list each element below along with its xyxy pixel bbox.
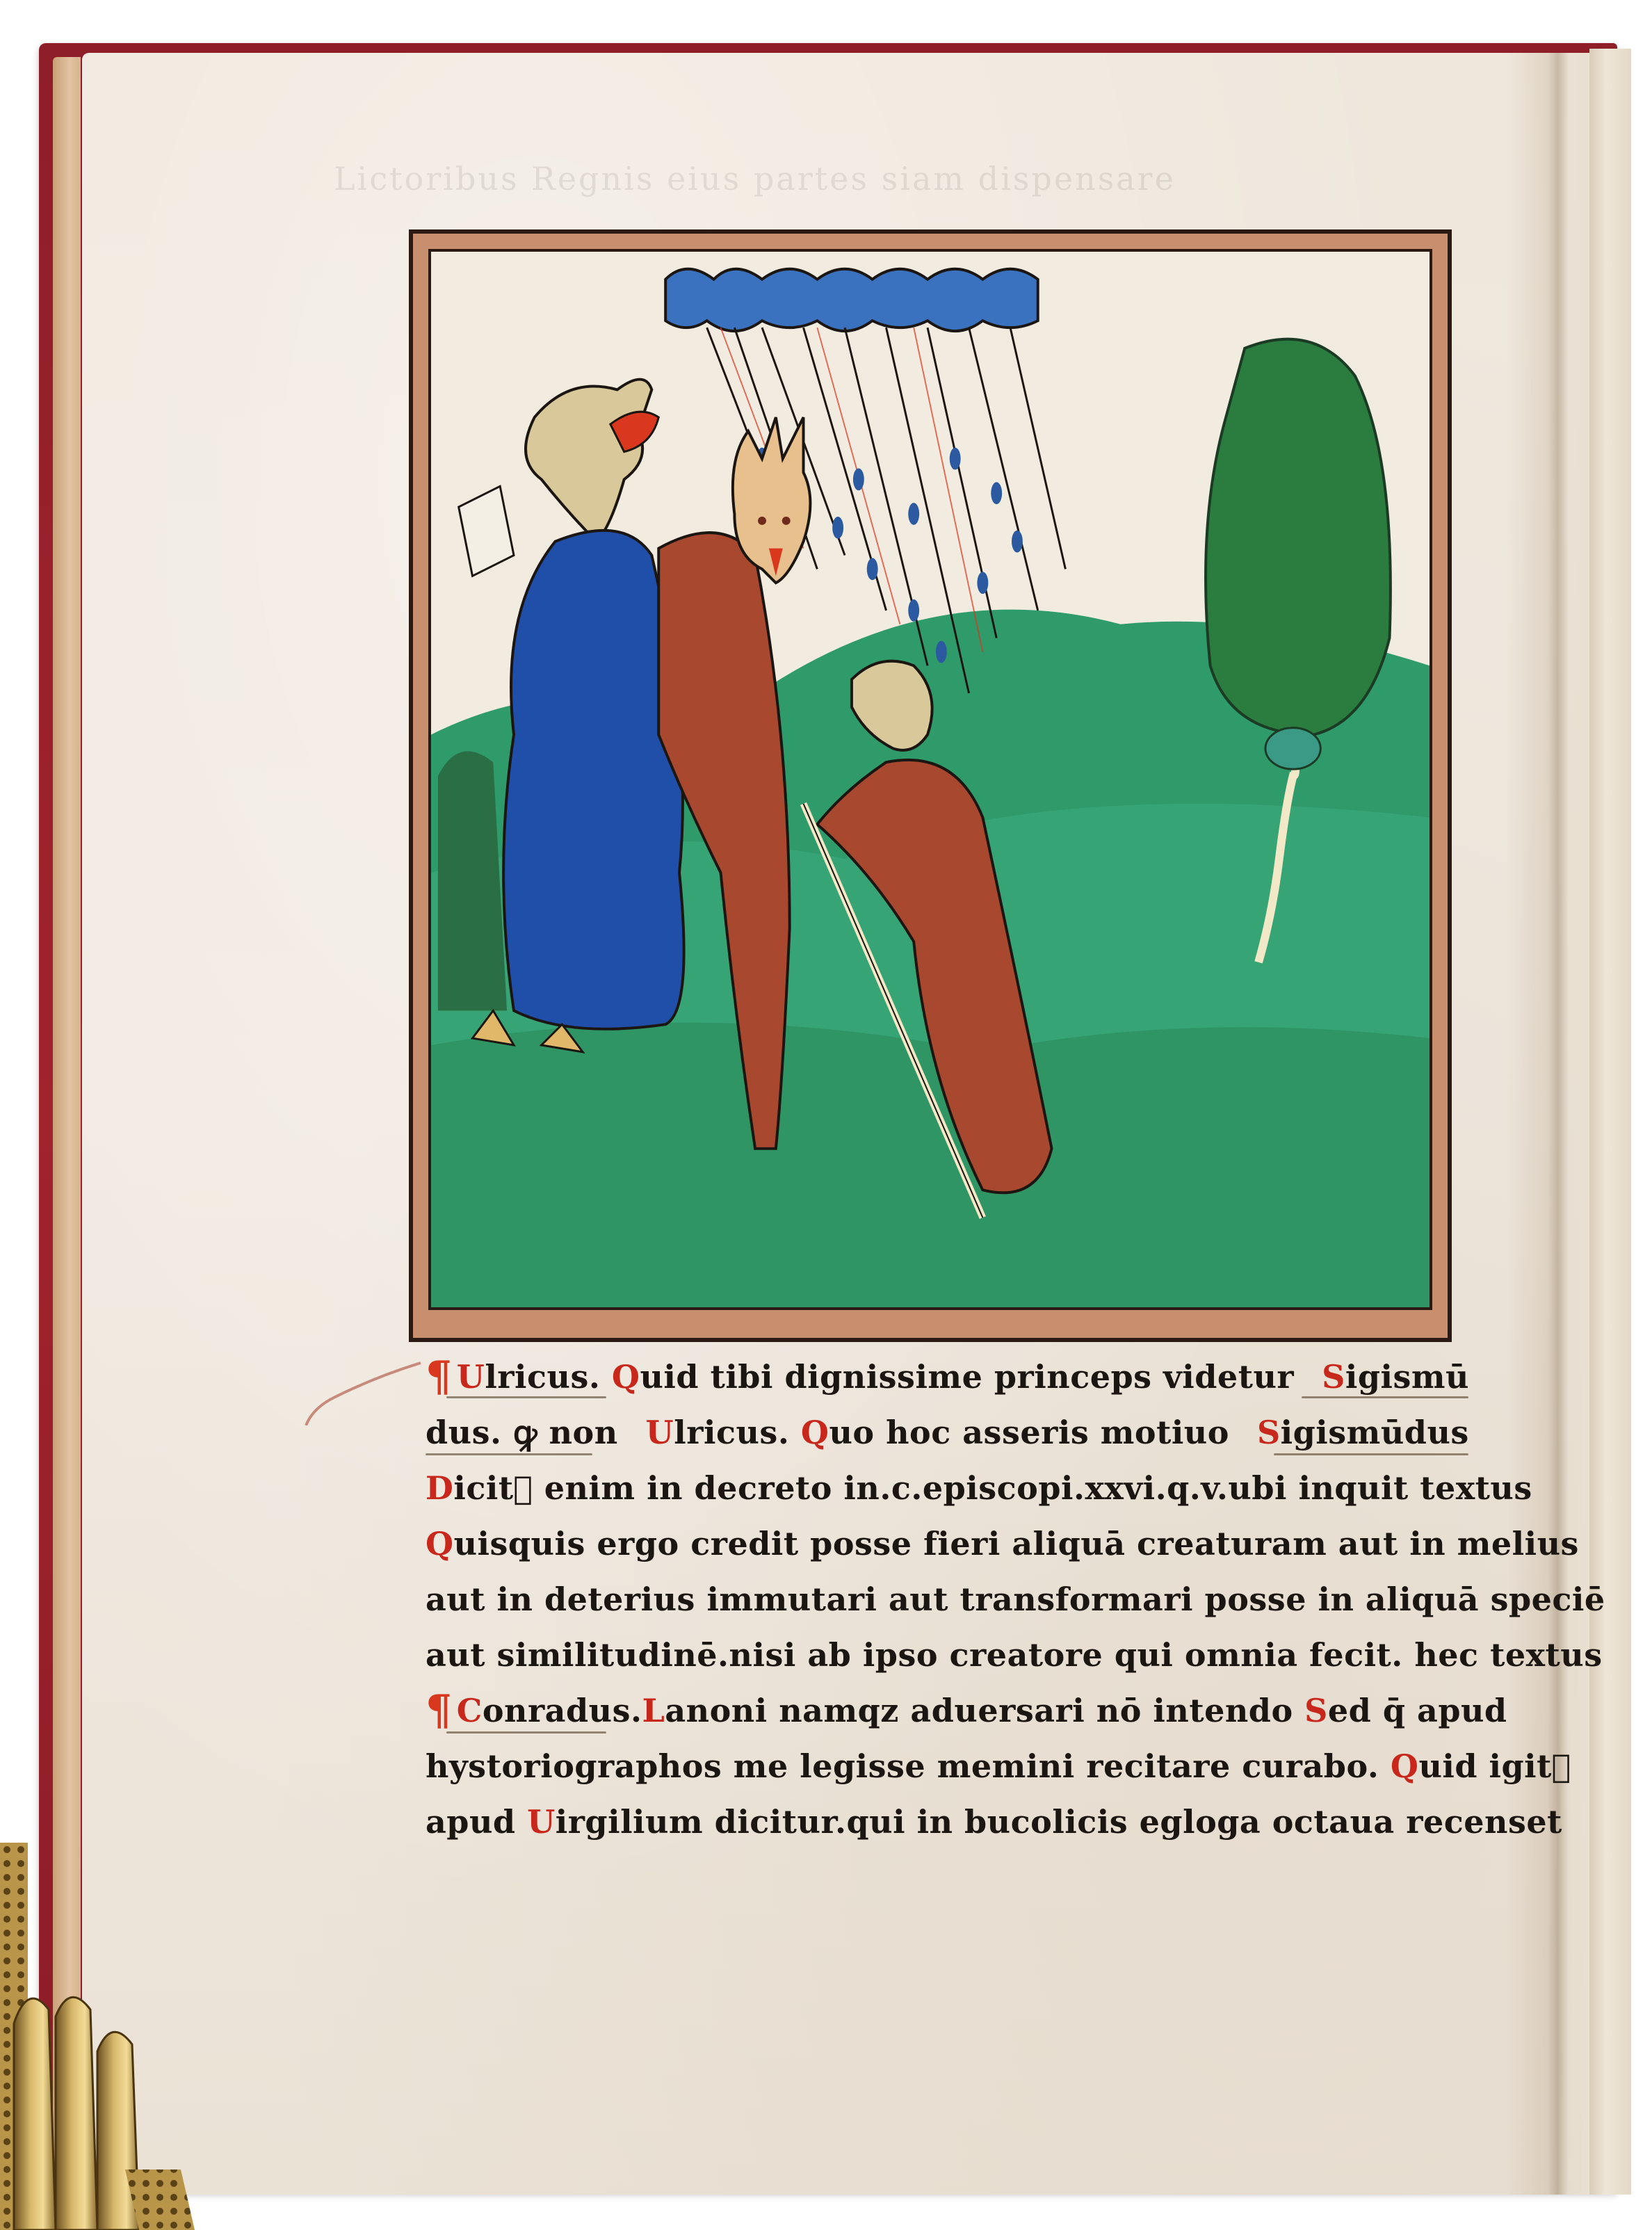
speaker-underline xyxy=(446,1731,606,1734)
speaker-name: igismū xyxy=(1345,1358,1469,1396)
text-segment: aut in deterius immutari aut transformar… xyxy=(426,1581,1605,1618)
text-segment: ed q̄ apud xyxy=(1328,1692,1507,1729)
gilt-clasp xyxy=(0,1843,250,2230)
page-gutter-shadow xyxy=(1506,53,1589,2195)
speaker-name: igismūdus xyxy=(1281,1414,1469,1451)
text-line-1: ¶Ulricus. Quid tibi dignissime princeps … xyxy=(426,1349,1468,1405)
show-through-text: Lictoribus Regnis eius partes siam dispe… xyxy=(334,160,1418,216)
text-line-4: Quisquis ergo credit posse fieri aliquā … xyxy=(426,1516,1468,1571)
woodcut-drawing xyxy=(431,252,1430,1307)
text-segment: uo hoc asseris motiuo xyxy=(829,1414,1229,1451)
woodcut-illustration xyxy=(409,229,1452,1342)
rubric-initial: C xyxy=(457,1692,483,1729)
text-segment: dus. ꝙ non xyxy=(426,1414,618,1451)
rubric-initial: S xyxy=(1257,1414,1281,1451)
text-line-5: aut in deterius immutari aut transformar… xyxy=(426,1571,1468,1627)
rubric-initial: S xyxy=(1322,1358,1345,1396)
rubric-initial: Q xyxy=(801,1414,829,1451)
text-segment: icit᷑ enim in decreto in.c.episcopi.xxvi… xyxy=(453,1469,1532,1507)
text-segment: irgilium dicitur.qui in bucolicis egloga… xyxy=(556,1803,1562,1841)
marginal-pencil-mark xyxy=(292,1356,424,1425)
text-segment: aut similitudinē.nisi ab ipso creatore q… xyxy=(426,1636,1603,1674)
text-line-2: dus. ꝙ nonUlricus. Quo hoc asseris motiu… xyxy=(426,1405,1468,1460)
text-segment: uisquis ergo credit posse fieri aliquā c… xyxy=(454,1525,1579,1562)
rubric-initial: U xyxy=(457,1358,485,1396)
speaker-name: lricus. xyxy=(674,1414,801,1451)
pilcrow-mark: ¶ xyxy=(426,1683,453,1738)
rubric-initial: D xyxy=(426,1469,453,1507)
speaker-underline xyxy=(1274,1453,1468,1455)
speaker-underline xyxy=(1302,1396,1468,1398)
speaker-underline xyxy=(426,1453,592,1455)
speaker-name: lricus. xyxy=(485,1358,612,1396)
text-segment: uid tibi dignissime princeps videtur xyxy=(640,1358,1294,1396)
rubric-initial: S xyxy=(1304,1692,1328,1729)
rubric-initial: Q xyxy=(1391,1747,1419,1785)
rubric-initial: U xyxy=(646,1414,674,1451)
text-segment: uid igit᷑ xyxy=(1418,1747,1571,1785)
rubric-initial: U xyxy=(527,1803,556,1841)
text-line-7: ¶Conradus.Lanoni namqz aduersari nō inte… xyxy=(426,1683,1468,1738)
text-segment: apud xyxy=(426,1803,527,1841)
facing-page-edge xyxy=(1589,49,1631,2195)
text-line-3: Dicit᷑ enim in decreto in.c.episcopi.xxv… xyxy=(426,1460,1468,1516)
text-segment: anoni namqz aduersari nō intendo xyxy=(665,1692,1304,1729)
text-block: ¶Ulricus. Quid tibi dignissime princeps … xyxy=(426,1349,1468,1850)
rubric-initial: Q xyxy=(612,1358,640,1396)
text-line-9: apud Uirgilium dicitur.qui in bucolicis … xyxy=(426,1794,1468,1850)
speaker-name: onradus. xyxy=(483,1692,642,1729)
speaker-underline xyxy=(446,1396,606,1398)
text-line-8: hystoriographos me legisse memini recita… xyxy=(426,1738,1468,1794)
woodcut-scene xyxy=(428,249,1432,1310)
rubric-initial: Q xyxy=(426,1525,454,1562)
text-segment: hystoriographos me legisse memini recita… xyxy=(426,1747,1391,1785)
rubric-initial: L xyxy=(642,1692,665,1729)
text-line-6: aut similitudinē.nisi ab ipso creatore q… xyxy=(426,1627,1468,1683)
